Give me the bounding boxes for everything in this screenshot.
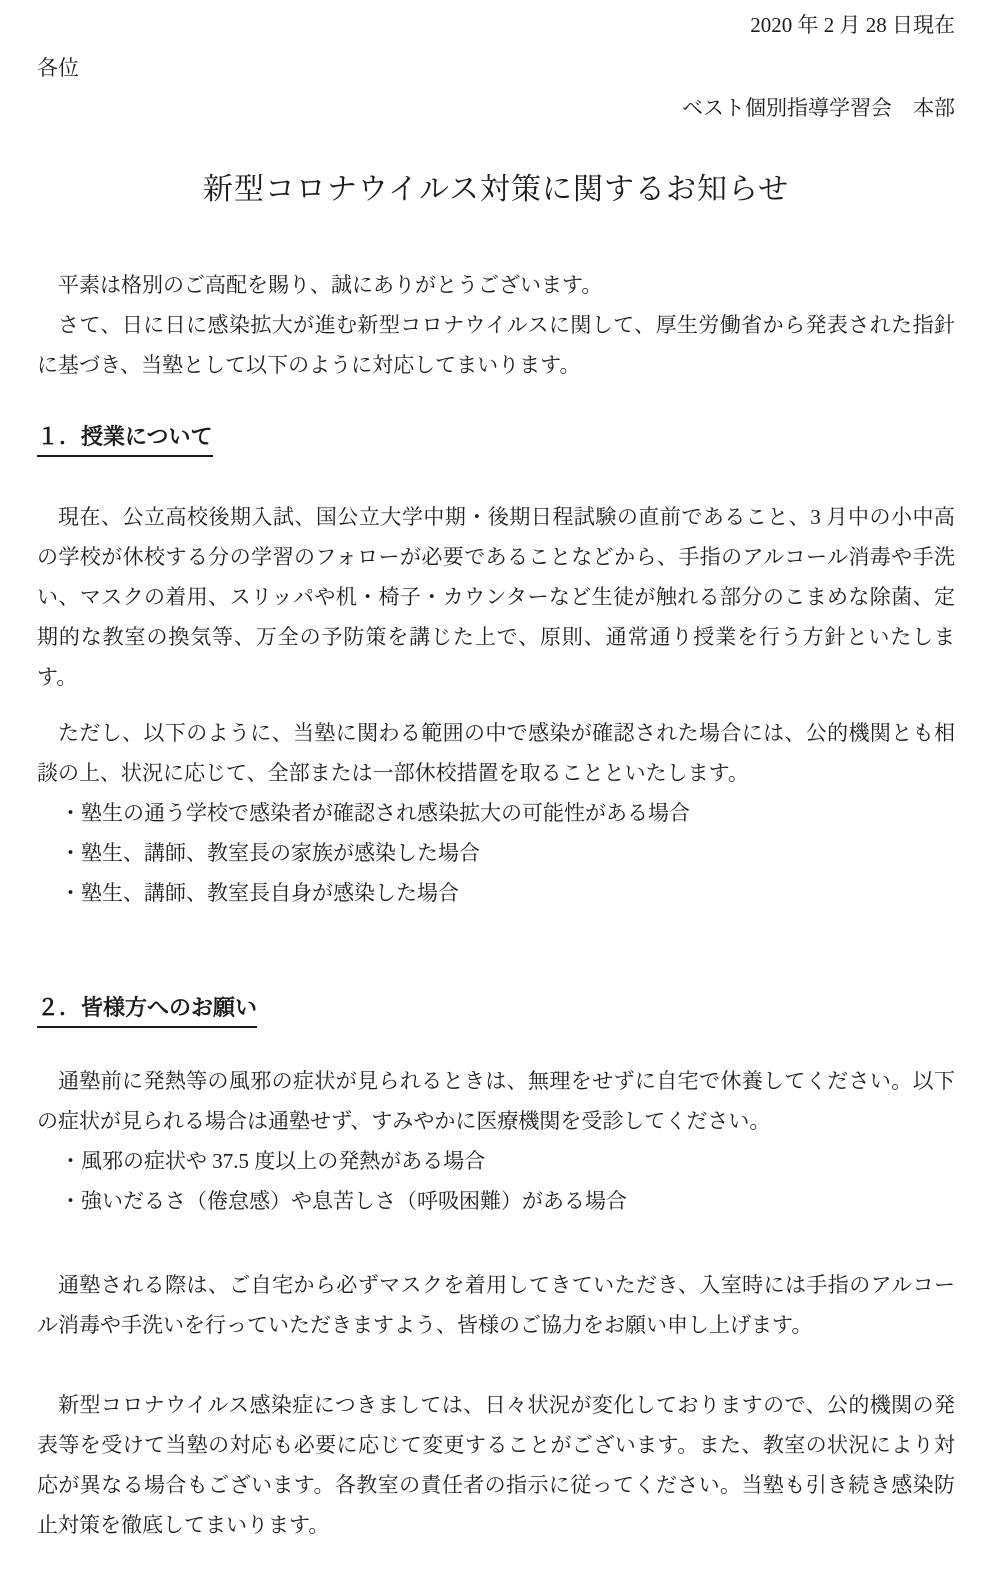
list-item: ・塾生の通う学校で感染者が確認され感染拡大の可能性がある場合: [60, 793, 955, 833]
list-item: ・強いだるさ（倦怠感）や息苦しさ（呼吸困難）がある場合: [60, 1181, 955, 1221]
section1-bullet-list: ・塾生の通う学校で感染者が確認され感染拡大の可能性がある場合 ・塾生、講師、教室…: [37, 793, 955, 913]
recipient: 各位: [37, 48, 955, 88]
page-title: 新型コロナウイルス対策に関するお知らせ: [37, 167, 955, 213]
sender: ベスト個別指導学習会 本部: [37, 88, 955, 128]
list-item: ・塾生、講師、教室長自身が感染した場合: [60, 873, 955, 913]
section1-heading-text: １．授業について: [37, 422, 213, 457]
intro-block: 平素は格別のご高配を賜り、誠にありがとうございます。 さて、日に日に感染拡大が進…: [37, 265, 955, 385]
section2-heading: ２．皆様方へのお願い: [37, 993, 955, 1028]
intro-paragraph-2: さて、日に日に感染拡大が進む新型コロナウイルスに関して、厚生労働省から発表された…: [37, 305, 955, 385]
list-item: ・風邪の症状や 37.5 度以上の発熱がある場合: [60, 1141, 955, 1181]
list-item: ・塾生、講師、教室長の家族が感染した場合: [60, 833, 955, 873]
section2-heading-text: ２．皆様方へのお願い: [37, 993, 257, 1028]
section2-paragraph-3: 新型コロナウイルス感染症につきましては、日々状況が変化しておりますので、公的機関…: [37, 1385, 955, 1545]
intro-paragraph-1: 平素は格別のご高配を賜り、誠にありがとうございます。: [37, 265, 955, 305]
section2-paragraph-1: 通塾前に発熱等の風邪の症状が見られるときは、無理をせずに自宅で休養してください。…: [37, 1061, 955, 1141]
section1-paragraph-2: ただし、以下のように、当塾に関わる範囲の中で感染が確認された場合には、公的機関と…: [37, 713, 955, 793]
section2-bullet-list: ・風邪の症状や 37.5 度以上の発熱がある場合 ・強いだるさ（倦怠感）や息苦し…: [37, 1141, 955, 1221]
section2-paragraph-2: 通塾される際は、ご自宅から必ずマスクを着用してきていただき、入室時には手指のアル…: [37, 1265, 955, 1345]
document-page: 2020 年 2 月 28 日現在 各位 ベスト個別指導学習会 本部 新型コロナ…: [0, 5, 1000, 1584]
date-line: 2020 年 2 月 28 日現在: [37, 5, 955, 45]
section1-heading: １．授業について: [37, 422, 955, 457]
section1-paragraph-1: 現在、公立高校後期入試、国公立大学中期・後期日程試験の直前であること、3 月中の…: [37, 497, 955, 697]
